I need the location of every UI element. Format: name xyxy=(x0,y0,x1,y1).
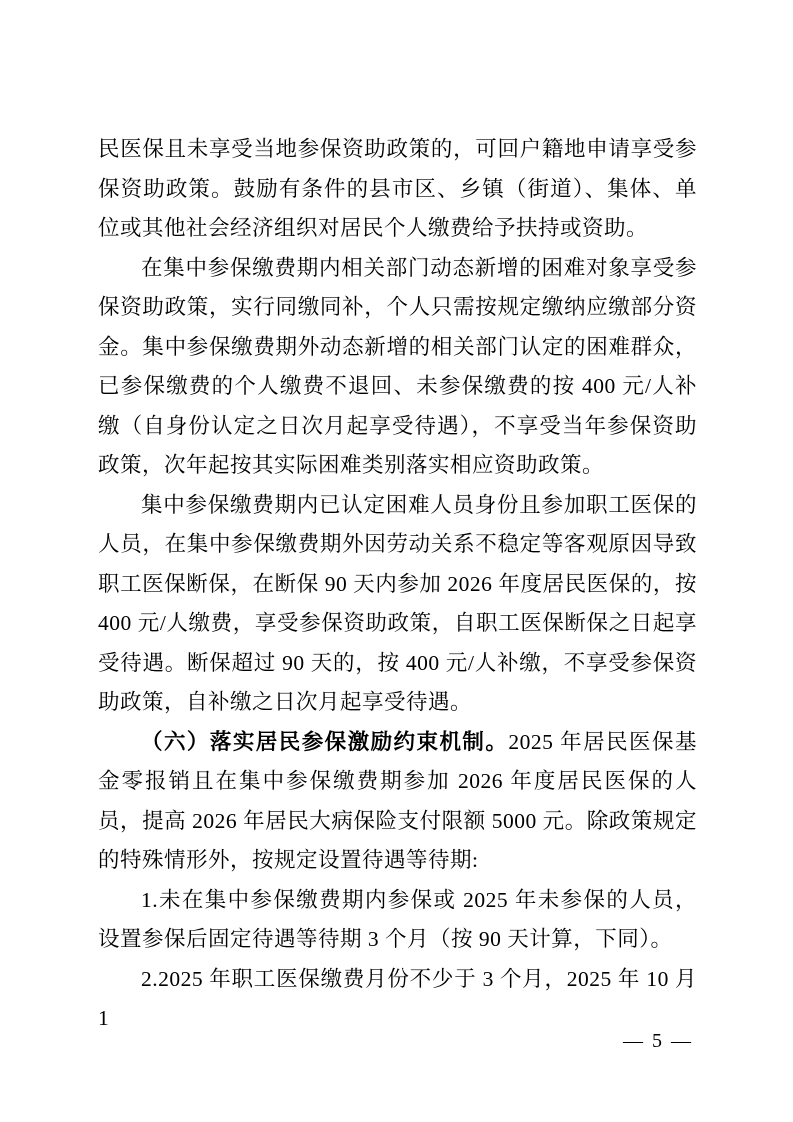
body-paragraph: 集中参保缴费期内已认定困难人员身份且参加职工医保的人员，在集中参保缴费期外因劳动… xyxy=(98,486,697,723)
body-paragraph-list-item: 2.2025 年职工医保缴费月份不少于 3 个月，2025 年 10 月 1 xyxy=(98,960,697,1039)
body-paragraph: 在集中参保缴费期内相关部门动态新增的困难对象享受参保资助政策，实行同缴同补，个人… xyxy=(98,249,697,486)
body-paragraph-list-item: 1.未在集中参保缴费期内参保或 2025 年未参保的人员，设置参保后固定待遇等待… xyxy=(98,881,697,960)
body-paragraph: 民医保且未享受当地参保资助政策的，可回户籍地申请享受参保资助政策。鼓励有条件的县… xyxy=(98,130,697,249)
document-body: 民医保且未享受当地参保资助政策的，可回户籍地申请享受参保资助政策。鼓励有条件的县… xyxy=(98,130,697,1039)
document-page: 民医保且未享受当地参保资助政策的，可回户籍地申请享受参保资助政策。鼓励有条件的县… xyxy=(0,0,793,1122)
section-heading-label: （六）落实居民参保激励约束机制。 xyxy=(141,730,508,754)
page-number: — 5 — xyxy=(623,1026,693,1056)
body-paragraph-section-heading: （六）落实居民参保激励约束机制。2025 年居民医保基金零报销且在集中参保缴费期… xyxy=(98,723,697,881)
